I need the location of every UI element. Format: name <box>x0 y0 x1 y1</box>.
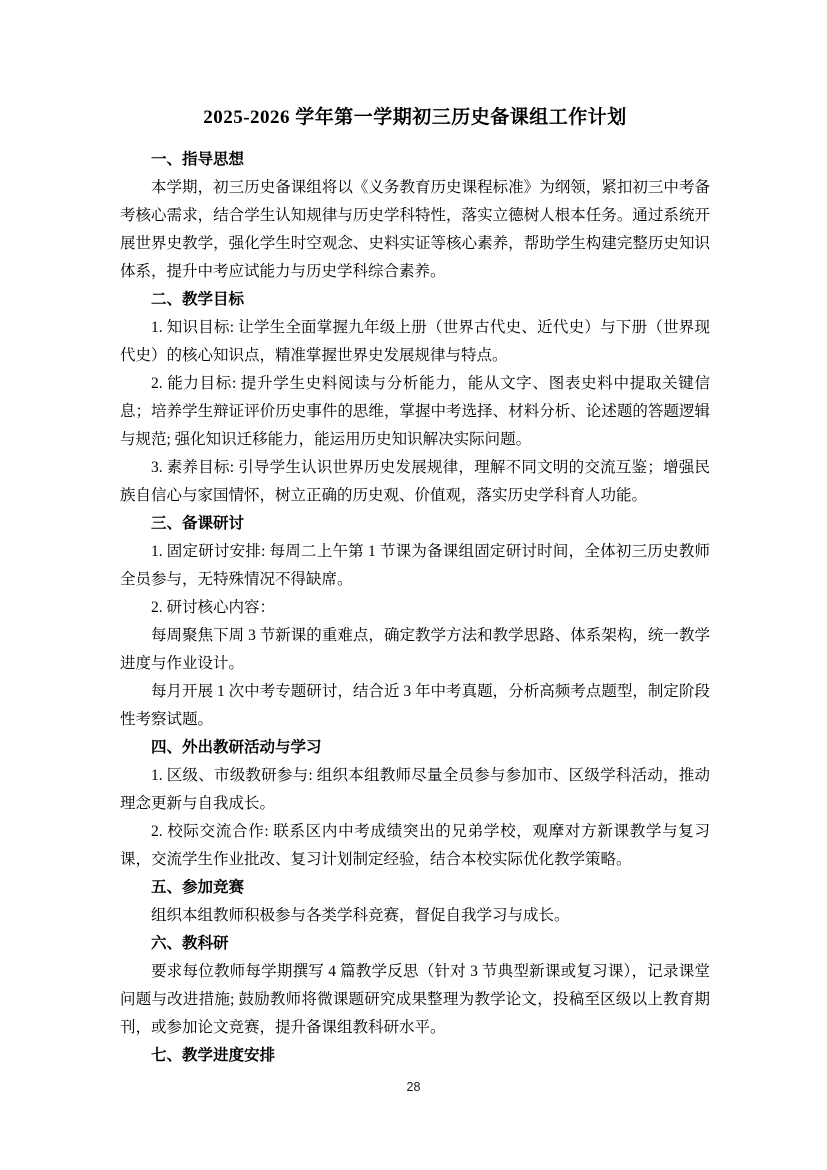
paragraph: 组织本组教师积极参与各类学科竞赛，督促自我学习与成长。 <box>120 902 710 930</box>
paragraph: 本学期，初三历史备课组将以《义务教育历史课程标准》为纲领，紧扣初三中考备考核心需… <box>120 174 710 286</box>
section-heading: 二、教学目标 <box>120 286 710 314</box>
document-title: 2025-2026 学年第一学期初三历史备课组工作计划 <box>120 100 710 136</box>
section-heading: 七、教学进度安排 <box>120 1042 710 1070</box>
section-heading: 六、教科研 <box>120 930 710 958</box>
section-teaching-schedule: 七、教学进度安排 <box>120 1042 710 1070</box>
document-content: 2025-2026 学年第一学期初三历史备课组工作计划 一、指导思想 本学期，初… <box>120 100 710 1070</box>
paragraph: 要求每位教师每学期撰写 4 篇教学反思（针对 3 节典型新课或复习课），记录课堂… <box>120 958 710 1042</box>
paragraph: 1. 固定研讨安排: 每周二上午第 1 节课为备课组固定研讨时间，全体初三历史教… <box>120 538 710 594</box>
paragraph: 2. 研讨核心内容： <box>120 594 710 622</box>
paragraph: 3. 素养目标: 引导学生认识世界历史发展规律，理解不同文明的交流互鉴；增强民族… <box>120 454 710 510</box>
section-teaching-research: 六、教科研 要求每位教师每学期撰写 4 篇教学反思（针对 3 节典型新课或复习课… <box>120 930 710 1042</box>
document-page: 2025-2026 学年第一学期初三历史备课组工作计划 一、指导思想 本学期，初… <box>0 0 827 1170</box>
paragraph: 每周聚焦下周 3 节新课的重难点，确定教学方法和教学思路、体系架构，统一教学进度… <box>120 622 710 678</box>
section-competitions: 五、参加竞赛 组织本组教师积极参与各类学科竞赛，督促自我学习与成长。 <box>120 874 710 930</box>
section-heading: 三、备课研讨 <box>120 510 710 538</box>
section-heading: 一、指导思想 <box>120 146 710 174</box>
section-external-research-activities: 四、外出教研活动与学习 1. 区级、市级教研参与: 组织本组教师尽量全员参与参加… <box>120 734 710 874</box>
paragraph: 2. 校际交流合作: 联系区内中考成绩突出的兄弟学校，观摩对方新课教学与复习课，… <box>120 818 710 874</box>
page-number: 28 <box>0 1080 827 1094</box>
section-lesson-prep-discussion: 三、备课研讨 1. 固定研讨安排: 每周二上午第 1 节课为备课组固定研讨时间，… <box>120 510 710 734</box>
section-heading: 四、外出教研活动与学习 <box>120 734 710 762</box>
paragraph: 每月开展 1 次中考专题研讨，结合近 3 年中考真题，分析高频考点题型，制定阶段… <box>120 678 710 734</box>
paragraph: 2. 能力目标: 提升学生史料阅读与分析能力，能从文字、图表史料中提取关键信息；… <box>120 370 710 454</box>
section-heading: 五、参加竞赛 <box>120 874 710 902</box>
paragraph: 1. 知识目标: 让学生全面掌握九年级上册（世界古代史、近代史）与下册（世界现代… <box>120 314 710 370</box>
section-teaching-goals: 二、教学目标 1. 知识目标: 让学生全面掌握九年级上册（世界古代史、近代史）与… <box>120 286 710 510</box>
section-guiding-ideology: 一、指导思想 本学期，初三历史备课组将以《义务教育历史课程标准》为纲领，紧扣初三… <box>120 146 710 286</box>
paragraph: 1. 区级、市级教研参与: 组织本组教师尽量全员参与参加市、区级学科活动，推动理… <box>120 762 710 818</box>
